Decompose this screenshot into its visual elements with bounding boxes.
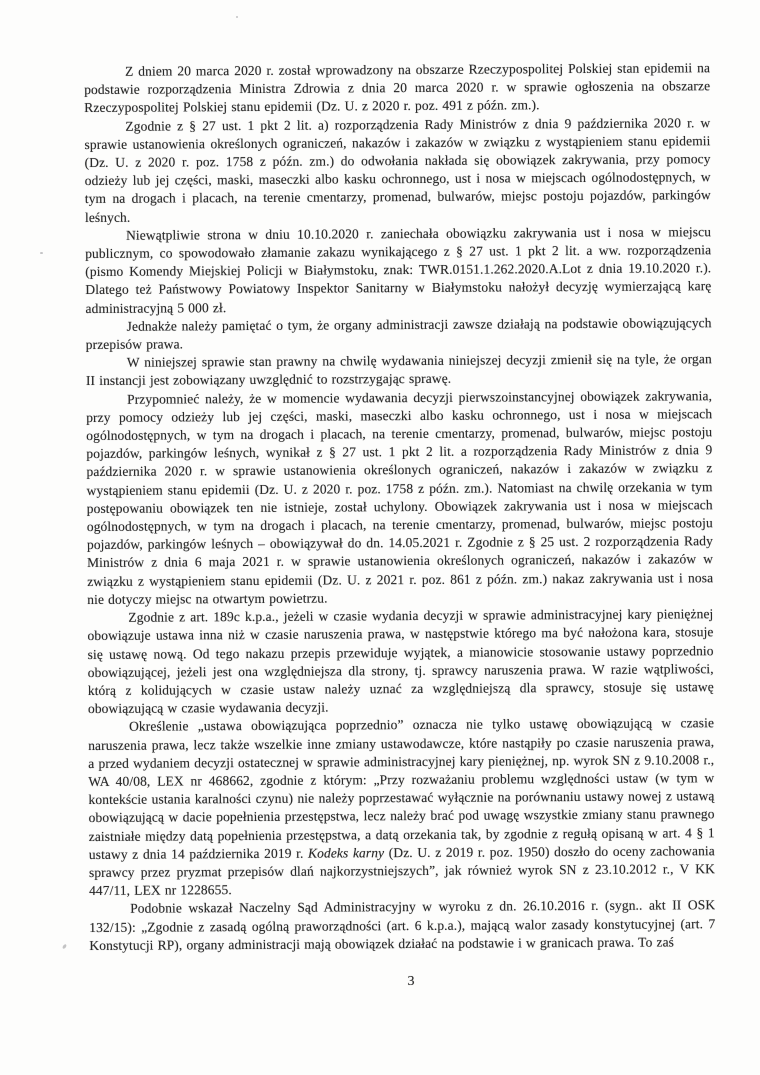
paragraph-obligation-repealed: Przypomnieć należy, że w momencie wydawa… (86, 387, 713, 609)
paragraph-previous-law-definition: Określenie „ustawa obowiązująca poprzedn… (88, 714, 715, 900)
scan-speck (236, 16, 238, 18)
paragraph-previous-law-pre: Określenie „ustawa obowiązująca poprzedn… (88, 715, 715, 861)
paragraph-administration-acts-on-law: Jednakże należy pamiętać o tym, że organ… (86, 314, 712, 354)
document-text-block: Z dniem 20 marca 2020 r. został wprowadz… (84, 59, 715, 955)
scan-speck (40, 252, 43, 254)
paragraph-covering-obligation-regulation: Zgodnie z § 27 ust. 1 pkt 2 lit. a) rozp… (84, 114, 711, 227)
scan-speck (62, 944, 67, 950)
page-number: 3 (84, 974, 710, 990)
paragraph-art-189c-kpa: Zgodnie z art. 189c k.p.a., jeżeli w cza… (87, 605, 714, 718)
paragraph-nsa-ruling: Podobnie wskazał Naczelny Sąd Administra… (89, 897, 715, 955)
scanned-document-page: Z dniem 20 marca 2020 r. został wprowadz… (0, 0, 760, 1075)
kodeks-karny-italic: Kodeks karny (308, 845, 384, 860)
paragraph-epidemic-state-introduced: Z dniem 20 marca 2020 r. został wprowadz… (84, 59, 710, 117)
paragraph-legal-state-changed: W niniejszej sprawie stan prawny na chwi… (86, 350, 712, 390)
paragraph-violation-and-fine: Niewątpliwie strona w dniu 10.10.2020 r.… (85, 223, 712, 318)
